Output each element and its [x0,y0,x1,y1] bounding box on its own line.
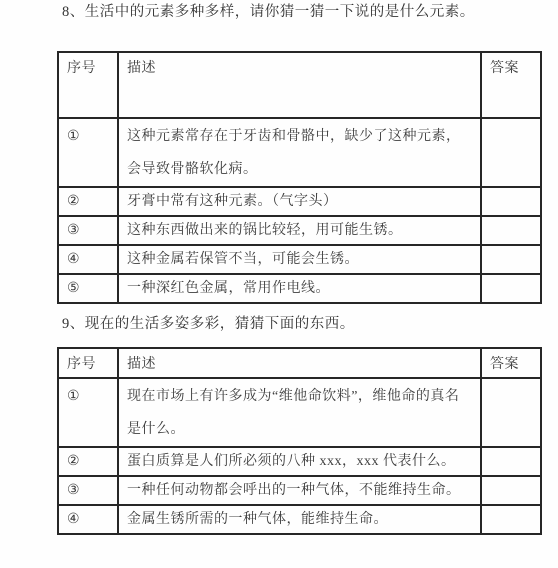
row-answer-cell [481,187,541,216]
table-header-row: 序号 描述 答案 [58,348,541,378]
row-answer-cell [481,274,541,303]
row-number-cell: ② [58,187,118,216]
row-description-cell: 一种深红色金属，常用作电线。 [118,274,481,303]
table-header-row: 序号 描述 答案 [58,52,541,118]
row-answer-cell [481,118,541,187]
table-row: ① 现在市场上有许多成为“维他命饮料”，维他命的真名是什么。 [58,378,541,447]
row-description-cell: 牙膏中常有这种元素。（气字头） [118,187,481,216]
header-cell-description: 描述 [118,52,481,118]
table-row: ④ 金属生锈所需的一种气体，能维持生命。 [58,505,541,534]
header-cell-number: 序号 [58,348,118,378]
header-cell-description: 描述 [118,348,481,378]
row-number-cell: ④ [58,245,118,274]
question-9-heading: 9、现在的生活多姿多彩，猜猜下面的东西。 [0,315,558,334]
row-number-cell: ② [58,447,118,476]
row-description-cell: 一种任何动物都会呼出的一种气体，不能维持生命。 [118,476,481,505]
question-8-table: 序号 描述 答案 ① 这种元素常存在于牙齿和骨骼中，缺少了这种元素，会导致骨骼软… [57,51,542,304]
row-answer-cell [481,476,541,505]
question-9-table: 序号 描述 答案 ① 现在市场上有许多成为“维他命饮料”，维他命的真名是什么。 … [57,347,542,535]
row-description-cell: 现在市场上有许多成为“维他命饮料”，维他命的真名是什么。 [118,378,481,447]
row-description-cell: 这种东西做出来的锅比较轻，用可能生锈。 [118,216,481,245]
header-cell-answer: 答案 [481,52,541,118]
row-answer-cell [481,447,541,476]
table-row: ① 这种元素常存在于牙齿和骨骼中，缺少了这种元素，会导致骨骼软化病。 [58,118,541,187]
row-description-cell: 金属生锈所需的一种气体，能维持生命。 [118,505,481,534]
row-number-cell: ③ [58,216,118,245]
row-answer-cell [481,505,541,534]
table-row: ④ 这种金属若保管不当，可能会生锈。 [58,245,541,274]
table-row: ⑤ 一种深红色金属，常用作电线。 [58,274,541,303]
table-row: ③ 一种任何动物都会呼出的一种气体，不能维持生命。 [58,476,541,505]
header-cell-number: 序号 [58,52,118,118]
row-description-cell: 这种元素常存在于牙齿和骨骼中，缺少了这种元素，会导致骨骼软化病。 [118,118,481,187]
row-description-cell: 这种金属若保管不当，可能会生锈。 [118,245,481,274]
row-number-cell: ③ [58,476,118,505]
row-description-cell: 蛋白质算是人们所必须的八种 xxx，xxx 代表什么。 [118,447,481,476]
row-answer-cell [481,378,541,447]
table-row: ② 牙膏中常有这种元素。（气字头） [58,187,541,216]
row-number-cell: ⑤ [58,274,118,303]
worksheet-page: 8、生活中的元素多种多样，请你猜一猜一下说的是什么元素。 序号 描述 答案 ① … [0,0,558,568]
row-answer-cell [481,216,541,245]
row-answer-cell [481,245,541,274]
header-cell-answer: 答案 [481,348,541,378]
row-number-cell: ① [58,378,118,447]
table-row: ③ 这种东西做出来的锅比较轻，用可能生锈。 [58,216,541,245]
question-8-heading: 8、生活中的元素多种多样，请你猜一猜一下说的是什么元素。 [0,0,558,22]
row-number-cell: ① [58,118,118,187]
table-row: ② 蛋白质算是人们所必须的八种 xxx，xxx 代表什么。 [58,447,541,476]
row-number-cell: ④ [58,505,118,534]
